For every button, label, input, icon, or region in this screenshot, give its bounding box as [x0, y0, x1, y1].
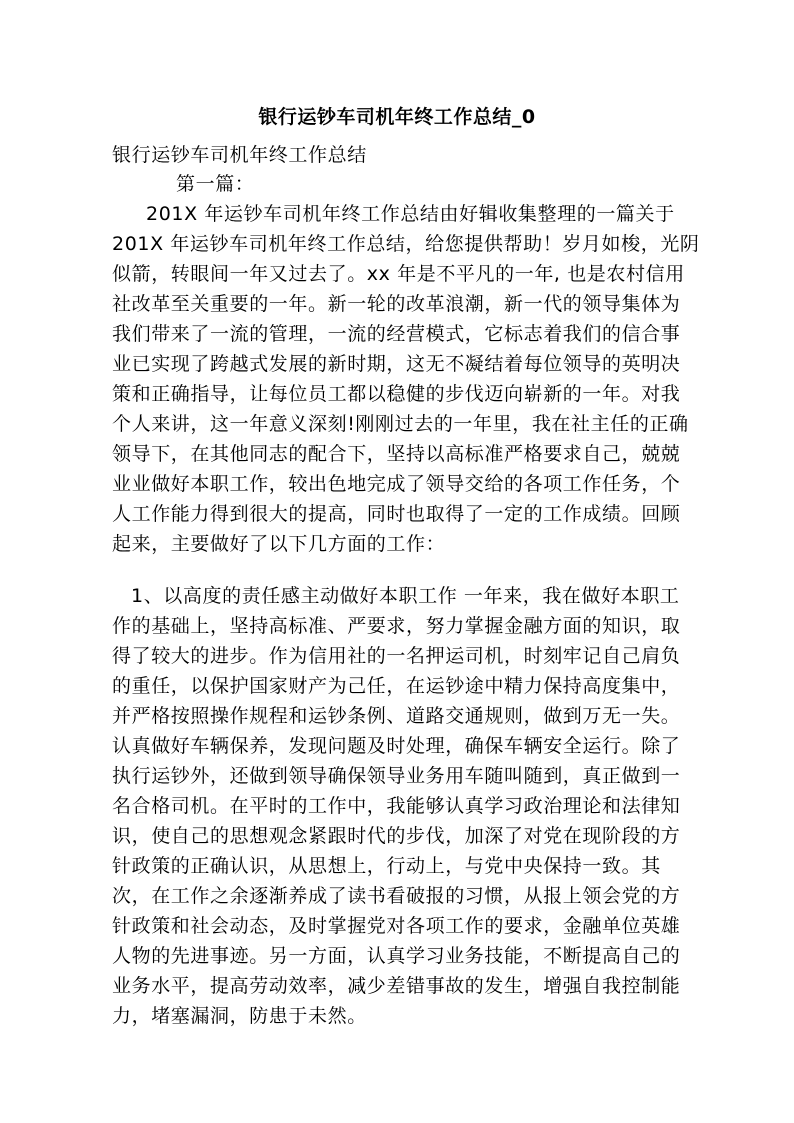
paragraph-line: 业已实现了跨越式发展的新时期，这无不凝结着每位领导的英明决 — [112, 350, 692, 378]
paragraph-line: 次，在工作之余逐渐养成了读书看破报的习惯，从报上领会党的方 — [112, 882, 692, 910]
paragraph-line: 执行运钞外，还做到领导确保领导业务用车随叫随到，真正做到一 — [112, 762, 692, 790]
paragraph-line: 起来，主要做好了以下几方面的工作： — [112, 530, 692, 558]
paragraph-line: 201X 年运钞车司机年终工作总结，给您提供帮助！岁月如梭，光阴 — [112, 230, 692, 258]
paragraph-line: 的重任，以保护国家财产为己任，在运钞途中精力保持高度集中， — [112, 672, 692, 700]
paragraph-line: 并严格按照操作规程和运钞条例、道路交通规则，做到万无一失。 — [112, 702, 692, 730]
paragraph-line: 针政策的正确认识，从思想上，行动上，与党中央保持一致。其 — [112, 852, 692, 880]
paragraph-line: 个人来讲，这一年意义深刻!刚刚过去的一年里，我在社主任的正确 — [112, 410, 692, 438]
paragraph-line: 社改革至关重要的一年。新一轮的改革浪潮，新一代的领导集体为 — [112, 290, 692, 318]
paragraph-line: 认真做好车辆保养，发现问题及时处理，确保车辆安全运行。除了 — [112, 732, 692, 760]
paragraph-line: 业务水平，提高劳动效率，减少差错事故的发生，增强自我控制能 — [112, 972, 692, 1000]
paragraph-line: 领导下，在其他同志的配合下，坚持以高标准严格要求自己，兢兢 — [112, 440, 692, 468]
document-title: 银行运钞车司机年终工作总结_0 — [0, 103, 794, 131]
paragraph-line: 识，使自己的思想观念紧跟时代的步伐，加深了对党在现阶段的方 — [112, 822, 692, 850]
paragraph-line: 得了较大的进步。作为信用社的一名押运司机，时刻牢记自己肩负 — [112, 642, 692, 670]
paragraph-line: 201X 年运钞车司机年终工作总结由好辑收集整理的一篇关于 — [146, 200, 726, 228]
paragraph-line: 人物的先进事迹。另一方面，认真学习业务技能，不断提高自己的 — [112, 942, 692, 970]
paragraph-line: 作的基础上，坚持高标准、严要求，努力掌握金融方面的知识，取 — [112, 612, 692, 640]
paragraph-line: 1、以高度的责任感主动做好本职工作 一年来，我在做好本职工 — [131, 582, 711, 610]
paragraph-line: 力，堵塞漏洞，防患于未然。 — [112, 1002, 692, 1030]
paragraph-line: 我们带来了一流的管理，一流的经营模式，它标志着我们的信合事 — [112, 320, 692, 348]
paragraph-line: 名合格司机。在平时的工作中，我能够认真学习政治理论和法律知 — [112, 792, 692, 820]
document-page: 银行运钞车司机年终工作总结_0 银行运钞车司机年终工作总结 第一篇： 201X … — [0, 0, 794, 1123]
paragraph-line: 业业做好本职工作，较出色地完成了领导交给的各项工作任务，个 — [112, 470, 692, 498]
paragraph-line: 策和正确指导，让每位员工都以稳健的步伐迈向崭新的一年。对我 — [112, 380, 692, 408]
section-label: 第一篇： — [176, 170, 756, 198]
paragraph-line: 似箭，转眼间一年又过去了。xx 年是不平凡的一年, 也是农村信用 — [112, 260, 692, 288]
document-subtitle: 银行运钞车司机年终工作总结 — [112, 141, 692, 169]
paragraph-line: 针政策和社会动态，及时掌握党对各项工作的要求，金融单位英雄 — [112, 912, 692, 940]
paragraph-line: 人工作能力得到很大的提高，同时也取得了一定的工作成绩。回顾 — [112, 500, 692, 528]
